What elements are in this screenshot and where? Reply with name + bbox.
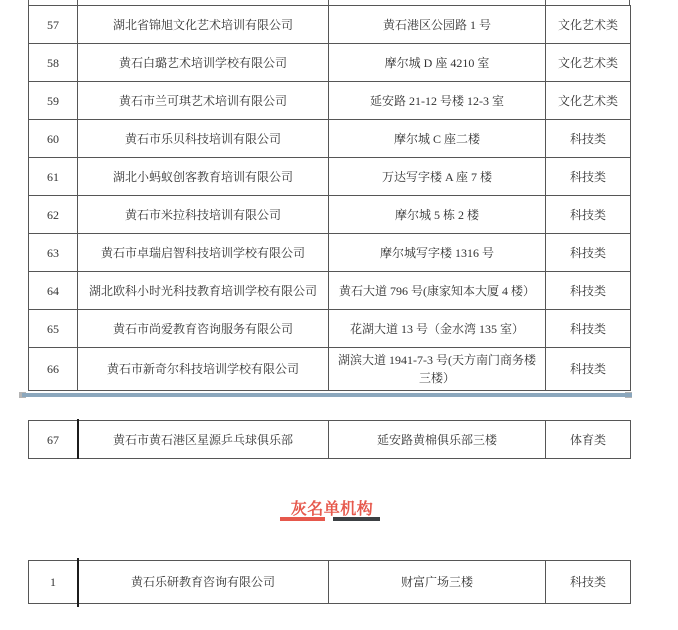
- address-cell: 湖滨大道 1941-7-3 号(天方南门商务楼三楼）: [329, 348, 546, 391]
- whitelist-table-continued: 57湖北省锦旭文化艺术培训有限公司黄石港区公园路 1 号文化艺术类58黄石白璐艺…: [28, 5, 631, 391]
- address-cell: 花湖大道 13 号（金水湾 135 室）: [329, 310, 546, 348]
- table-row: 1黄石乐研教育咨询有限公司财富广场三楼科技类: [29, 561, 631, 604]
- company-name-cell: 黄石市兰可琪艺术培训有限公司: [78, 82, 329, 120]
- row-index-cell: 58: [29, 44, 78, 82]
- company-name-cell: 湖北欧科小时光科技教育培训学校有限公司: [78, 272, 329, 310]
- address-cell: 延安路黄棉俱乐部三楼: [329, 421, 546, 459]
- graylist-section-heading: 灰名单机构: [0, 496, 664, 519]
- table-row: 66黄石市新奇尔科技培训学校有限公司湖滨大道 1941-7-3 号(天方南门商务…: [29, 348, 631, 391]
- category-cell: 体育类: [546, 421, 631, 459]
- company-name-cell: 湖北省锦旭文化艺术培训有限公司: [78, 6, 329, 44]
- row-index-cell: 66: [29, 348, 78, 391]
- category-cell: 文化艺术类: [546, 44, 631, 82]
- row-index-cell: 65: [29, 310, 78, 348]
- table-row: 57湖北省锦旭文化艺术培训有限公司黄石港区公园路 1 号文化艺术类: [29, 6, 631, 44]
- address-cell: 黄石港区公园路 1 号: [329, 6, 546, 44]
- company-name-cell: 黄石市尚爱教育咨询服务有限公司: [78, 310, 329, 348]
- table-row: 67黄石市黄石港区星源乒乓球俱乐部延安路黄棉俱乐部三楼体育类: [29, 421, 631, 459]
- row-index-cell: 62: [29, 196, 78, 234]
- table-row: 62黄石市米拉科技培训有限公司摩尔城 5 栋 2 楼科技类: [29, 196, 631, 234]
- table-row: 64湖北欧科小时光科技教育培训学校有限公司黄石大道 796 号(康家知本大厦 4…: [29, 272, 631, 310]
- category-cell: 科技类: [546, 196, 631, 234]
- category-cell: 科技类: [546, 272, 631, 310]
- row-index-cell: 64: [29, 272, 78, 310]
- company-name-cell: 黄石乐研教育咨询有限公司: [78, 561, 329, 604]
- company-name-cell: 黄石市新奇尔科技培训学校有限公司: [78, 348, 329, 391]
- address-cell: 财富广场三楼: [329, 561, 546, 604]
- category-cell: 科技类: [546, 120, 631, 158]
- category-cell: 文化艺术类: [546, 6, 631, 44]
- table-row: 60黄石市乐贝科技培训有限公司摩尔城 C 座二楼科技类: [29, 120, 631, 158]
- company-name-cell: 黄石白璐艺术培训学校有限公司: [78, 44, 329, 82]
- table-row: 61湖北小蚂蚁创客教育培训有限公司万达写字楼 A 座 7 楼科技类: [29, 158, 631, 196]
- row-index-cell: 57: [29, 6, 78, 44]
- table-bottom-rule: [22, 393, 632, 397]
- address-cell: 黄石大道 796 号(康家知本大厦 4 楼）: [329, 272, 546, 310]
- table-row: 58黄石白璐艺术培训学校有限公司摩尔城 D 座 4210 室文化艺术类: [29, 44, 631, 82]
- table-row: 59黄石市兰可琪艺术培训有限公司延安路 21-12 号楼 12-3 室文化艺术类: [29, 82, 631, 120]
- heading-underline-red: [280, 517, 325, 521]
- company-name-cell: 黄石市米拉科技培训有限公司: [78, 196, 329, 234]
- column-divider-line: [77, 419, 79, 459]
- row-index-cell: 63: [29, 234, 78, 272]
- category-cell: 科技类: [546, 561, 631, 604]
- company-name-cell: 黄石市乐贝科技培训有限公司: [78, 120, 329, 158]
- row-index-cell: 60: [29, 120, 78, 158]
- address-cell: 摩尔城 C 座二楼: [329, 120, 546, 158]
- address-cell: 摩尔城写字楼 1316 号: [329, 234, 546, 272]
- graylist-table: 1黄石乐研教育咨询有限公司财富广场三楼科技类: [28, 560, 631, 604]
- table-row: 63黄石市卓瑞启智科技培训学校有限公司摩尔城写字楼 1316 号科技类: [29, 234, 631, 272]
- category-cell: 科技类: [546, 158, 631, 196]
- company-name-cell: 黄石市卓瑞启智科技培训学校有限公司: [78, 234, 329, 272]
- row-index-cell: 59: [29, 82, 78, 120]
- column-divider-line: [77, 558, 79, 607]
- address-cell: 万达写字楼 A 座 7 楼: [329, 158, 546, 196]
- company-name-cell: 黄石市黄石港区星源乒乓球俱乐部: [78, 421, 329, 459]
- table-row: 65黄石市尚爱教育咨询服务有限公司花湖大道 13 号（金水湾 135 室）科技类: [29, 310, 631, 348]
- row-67-table: 67黄石市黄石港区星源乒乓球俱乐部延安路黄棉俱乐部三楼体育类: [28, 420, 631, 459]
- address-cell: 摩尔城 D 座 4210 室: [329, 44, 546, 82]
- address-cell: 延安路 21-12 号楼 12-3 室: [329, 82, 546, 120]
- category-cell: 科技类: [546, 310, 631, 348]
- category-cell: 科技类: [546, 348, 631, 391]
- company-name-cell: 湖北小蚂蚁创客教育培训有限公司: [78, 158, 329, 196]
- row-index-cell: 67: [29, 421, 78, 459]
- row-index-cell: 1: [29, 561, 78, 604]
- category-cell: 文化艺术类: [546, 82, 631, 120]
- category-cell: 科技类: [546, 234, 631, 272]
- heading-underline-dark: [333, 517, 380, 521]
- row-index-cell: 61: [29, 158, 78, 196]
- address-cell: 摩尔城 5 栋 2 楼: [329, 196, 546, 234]
